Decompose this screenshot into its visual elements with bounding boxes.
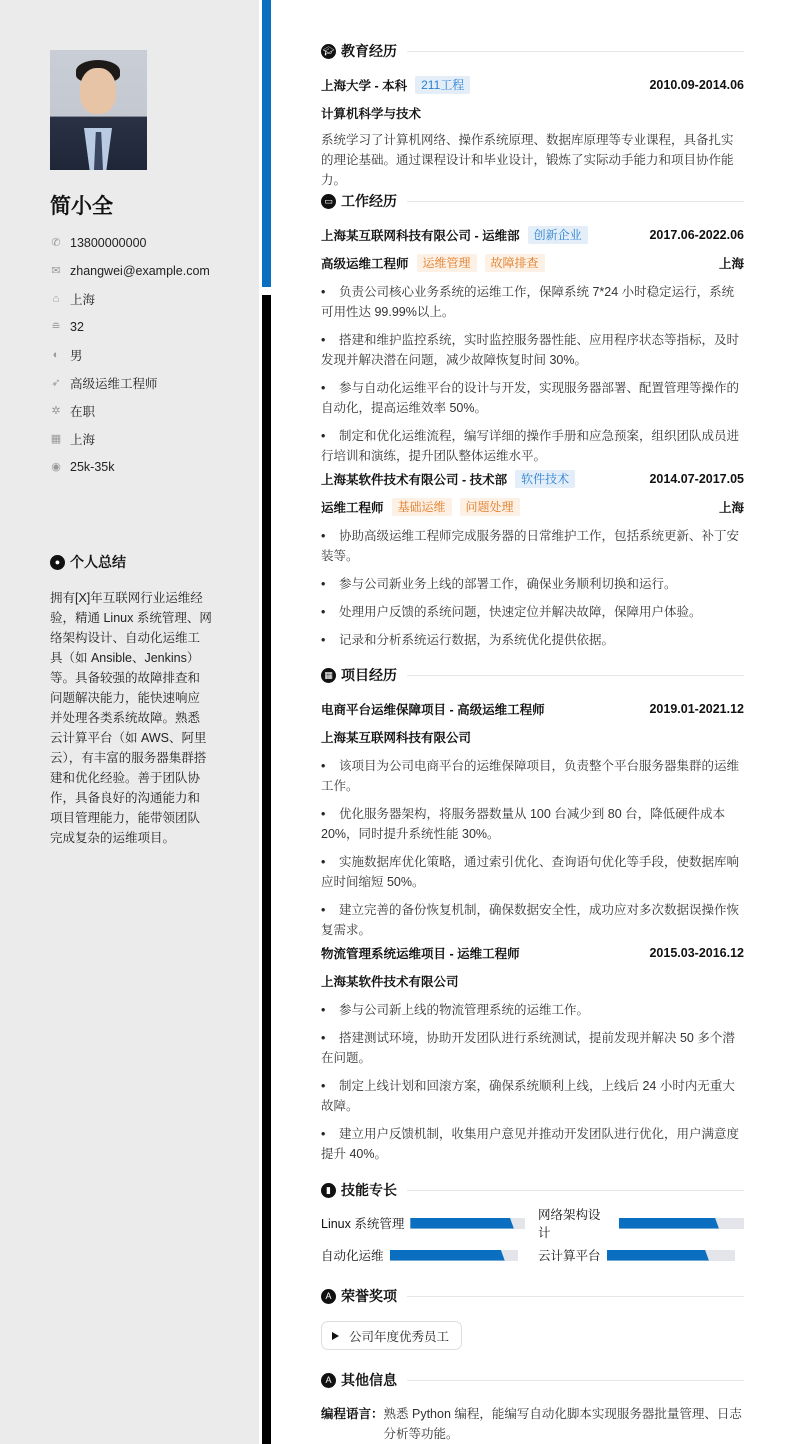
other-info-row: 编程语言： 熟悉 Python 编程，能编写自动化脚本实现服务器批量管理、日志分…: [321, 1404, 744, 1444]
send-icon: ➶: [50, 377, 62, 389]
grid-icon: ▦: [321, 668, 336, 683]
skill-bar-track: [410, 1218, 525, 1229]
graduation-cap-icon: 🎓︎: [321, 44, 336, 59]
list-item: 参与自动化运维平台的设计与开发，实现服务器部署、配置管理等操作的自动化，提高运维…: [321, 378, 744, 418]
job-bullets: 协助高级运维工程师完成服务器的日常维护工作，包括系统更新、补丁安装等。 参与公司…: [321, 526, 744, 658]
skill-bar-track: [619, 1218, 744, 1229]
mail-icon: ✉: [50, 265, 62, 277]
major: 计算机科学与技术: [321, 104, 421, 122]
school-tag: 211工程: [415, 76, 470, 94]
age-icon: ≘: [50, 321, 62, 333]
job-period: 2017.06-2022.06: [649, 228, 744, 242]
list-item: 该项目为公司电商平台的运维保障项目，负责整个平台服务器集群的运维工作。: [321, 756, 744, 796]
user-circle-icon: ●: [50, 555, 65, 570]
skill-bar-track: [390, 1250, 518, 1261]
list-item: 制定上线计划和回滚方案，确保系统顺利上线，上线后 24 小时内无重大故障。: [321, 1076, 744, 1116]
divider: [407, 675, 744, 676]
job-header: 上海某软件技术有限公司 - 技术部 软件技术 2014.07-2017.05: [321, 470, 744, 488]
award-icon: A: [321, 1289, 336, 1304]
info-phone: ✆13800000000: [50, 229, 210, 257]
list-item: 记录和分析系统运行数据，为系统优化提供依据。: [321, 630, 744, 650]
education-description: 系统学习了计算机网络、操作系统原理、数据库原理等专业课程，具备扎实的理论基础。通…: [321, 130, 744, 190]
list-item: 参与公司新业务上线的部署工作，确保业务顺利切换和运行。: [321, 574, 744, 594]
job-role: 高级运维工程师: [321, 254, 409, 272]
project-bullets: 该项目为公司电商平台的运维保障项目，负责整个平台服务器集群的运维工作。 优化服务…: [321, 756, 744, 948]
project-name: 电商平台运维保障项目 - 高级运维工程师: [321, 700, 545, 718]
project-company-row: 上海某软件技术有限公司: [321, 972, 744, 990]
info-age: ≘32: [50, 313, 210, 341]
projects-heading: ▦ 项目经历: [321, 665, 744, 685]
play-icon: [332, 1332, 339, 1340]
project-header: 电商平台运维保障项目 - 高级运维工程师 2019.01-2021.12: [321, 700, 744, 718]
job-bullets: 负责公司核心业务系统的运维工作，保障系统 7*24 小时稳定运行，系统可用性达 …: [321, 282, 744, 474]
project-period: 2015.03-2016.12: [649, 946, 744, 960]
work-heading: ▭ 工作经历: [321, 191, 744, 211]
skill-bar-fill: [619, 1218, 719, 1229]
job-role-row: 高级运维工程师 运维管理 故障排查 上海: [321, 254, 744, 272]
company-tag: 创新企业: [528, 226, 588, 244]
bar-chart-icon: ▮: [321, 1183, 336, 1198]
education-period: 2010.09-2014.06: [649, 78, 744, 92]
info-salary: ◉25k-35k: [50, 453, 210, 481]
job-role-row: 运维工程师 基础运维 问题处理 上海: [321, 498, 744, 516]
briefcase-icon: ▭: [321, 194, 336, 209]
candidate-name: 简小全: [50, 190, 113, 220]
gender-icon: ◐: [50, 349, 62, 361]
award-item[interactable]: 公司年度优秀员工: [321, 1321, 462, 1350]
status-gear-icon: ✲: [50, 405, 62, 417]
avatar: [50, 50, 147, 170]
contact-info-list: ✆13800000000 ✉zhangwei@example.com ⌂上海 ≘…: [50, 229, 210, 481]
skill-linux: Linux 系统管理: [321, 1216, 525, 1230]
info-target-position: ➶高级运维工程师: [50, 369, 210, 397]
list-item: 协助高级运维工程师完成服务器的日常维护工作，包括系统更新、补丁安装等。: [321, 526, 744, 566]
role-tag: 问题处理: [460, 498, 520, 516]
list-item: 建立完善的备份恢复机制，确保数据安全性，成功应对多次数据误操作恢复需求。: [321, 900, 744, 940]
list-item: 搭建和维护监控系统，实时监控服务器性能、应用程序状态等指标，及时发现并解决潜在问…: [321, 330, 744, 370]
info-target-city: ▦上海: [50, 425, 210, 453]
skill-bar-fill: [607, 1250, 709, 1261]
building-icon: ▦: [50, 433, 62, 445]
job-location: 上海: [719, 498, 744, 516]
info-icon: A: [321, 1373, 336, 1388]
phone-icon: ✆: [50, 237, 62, 249]
job-header: 上海某互联网科技有限公司 - 运维部 创新企业 2017.06-2022.06: [321, 226, 744, 244]
other-heading: A 其他信息: [321, 1370, 744, 1390]
divider: [407, 1296, 744, 1297]
project-company: 上海某软件技术有限公司: [321, 972, 459, 990]
project-company-row: 上海某互联网科技有限公司: [321, 728, 744, 746]
job-location: 上海: [719, 254, 744, 272]
divider: [407, 1380, 744, 1381]
divider: [407, 1190, 744, 1191]
summary-heading: ● 个人总结: [50, 552, 126, 572]
divider: [407, 201, 744, 202]
skills-heading: ▮ 技能专长: [321, 1180, 744, 1200]
skill-bar-fill: [410, 1218, 514, 1229]
list-item: 制定和优化运维流程，编写详细的操作手册和应急预案，组织团队成员进行培训和演练，提…: [321, 426, 744, 466]
skill-bar-track: [607, 1250, 735, 1261]
major-row: 计算机科学与技术: [321, 104, 744, 122]
list-item: 处理用户反馈的系统问题，快速定位并解决故障，保障用户体验。: [321, 602, 744, 622]
job-company: 上海某互联网科技有限公司 - 运维部: [321, 226, 520, 244]
sidebar: 简小全 ✆13800000000 ✉zhangwei@example.com ⌂…: [0, 0, 259, 1444]
divider: [407, 51, 744, 52]
info-gender: ◐男: [50, 341, 210, 369]
other-info-value: 熟悉 Python 编程，能编写自动化脚本实现服务器批量管理、日志分析等功能。: [384, 1404, 744, 1444]
list-item: 参与公司新上线的物流管理系统的运维工作。: [321, 1000, 744, 1020]
skill-cloud: 云计算平台: [538, 1248, 735, 1262]
info-email: ✉zhangwei@example.com: [50, 257, 210, 285]
project-bullets: 参与公司新上线的物流管理系统的运维工作。 搭建测试环境，协助开发团队进行系统测试…: [321, 1000, 744, 1172]
list-item: 建立用户反馈机制，收集用户意见并推动开发团队进行优化，用户满意度提升 40%。: [321, 1124, 744, 1164]
project-name: 物流管理系统运维项目 - 运维工程师: [321, 944, 520, 962]
skill-bar-fill: [390, 1250, 505, 1261]
awards-heading: A 荣誉奖项: [321, 1286, 744, 1306]
list-item: 实施数据库优化策略，通过索引优化、查询语句优化等手段，使数据库响应时间缩短 50…: [321, 852, 744, 892]
home-icon: ⌂: [50, 293, 62, 305]
role-tag: 运维管理: [417, 254, 477, 272]
education-heading: 🎓︎ 教育经历: [321, 41, 744, 61]
project-header: 物流管理系统运维项目 - 运维工程师 2015.03-2016.12: [321, 944, 744, 962]
salary-icon: ◉: [50, 461, 62, 473]
other-info-label: 编程语言：: [321, 1404, 384, 1444]
info-residence: ⌂上海: [50, 285, 210, 313]
job-company: 上海某软件技术有限公司 - 技术部: [321, 470, 507, 488]
accent-bar-black: [262, 295, 271, 1444]
role-tag: 基础运维: [392, 498, 452, 516]
school-name: 上海大学 - 本科: [321, 76, 407, 94]
list-item: 负责公司核心业务系统的运维工作，保障系统 7*24 小时稳定运行，系统可用性达 …: [321, 282, 744, 322]
summary-text: 拥有[X]年互联网行业运维经验，精通 Linux 系统管理、网络架构设计、自动化…: [50, 588, 212, 848]
company-tag: 软件技术: [515, 470, 575, 488]
list-item: 搭建测试环境，协助开发团队进行系统测试，提前发现并解决 50 多个潜在问题。: [321, 1028, 744, 1068]
education-row: 上海大学 - 本科 211工程 2010.09-2014.06: [321, 76, 744, 94]
skill-automation: 自动化运维: [321, 1248, 518, 1262]
info-status: ✲在职: [50, 397, 210, 425]
project-company: 上海某互联网科技有限公司: [321, 728, 471, 746]
role-tag: 故障排查: [485, 254, 545, 272]
accent-bar-blue: [262, 0, 271, 287]
list-item: 优化服务器架构，将服务器数量从 100 台减少到 80 台，降低硬件成本 20%…: [321, 804, 744, 844]
project-period: 2019.01-2021.12: [649, 702, 744, 716]
job-period: 2014.07-2017.05: [649, 472, 744, 486]
job-role: 运维工程师: [321, 498, 384, 516]
skill-network: 网络架构设计: [538, 1216, 744, 1230]
